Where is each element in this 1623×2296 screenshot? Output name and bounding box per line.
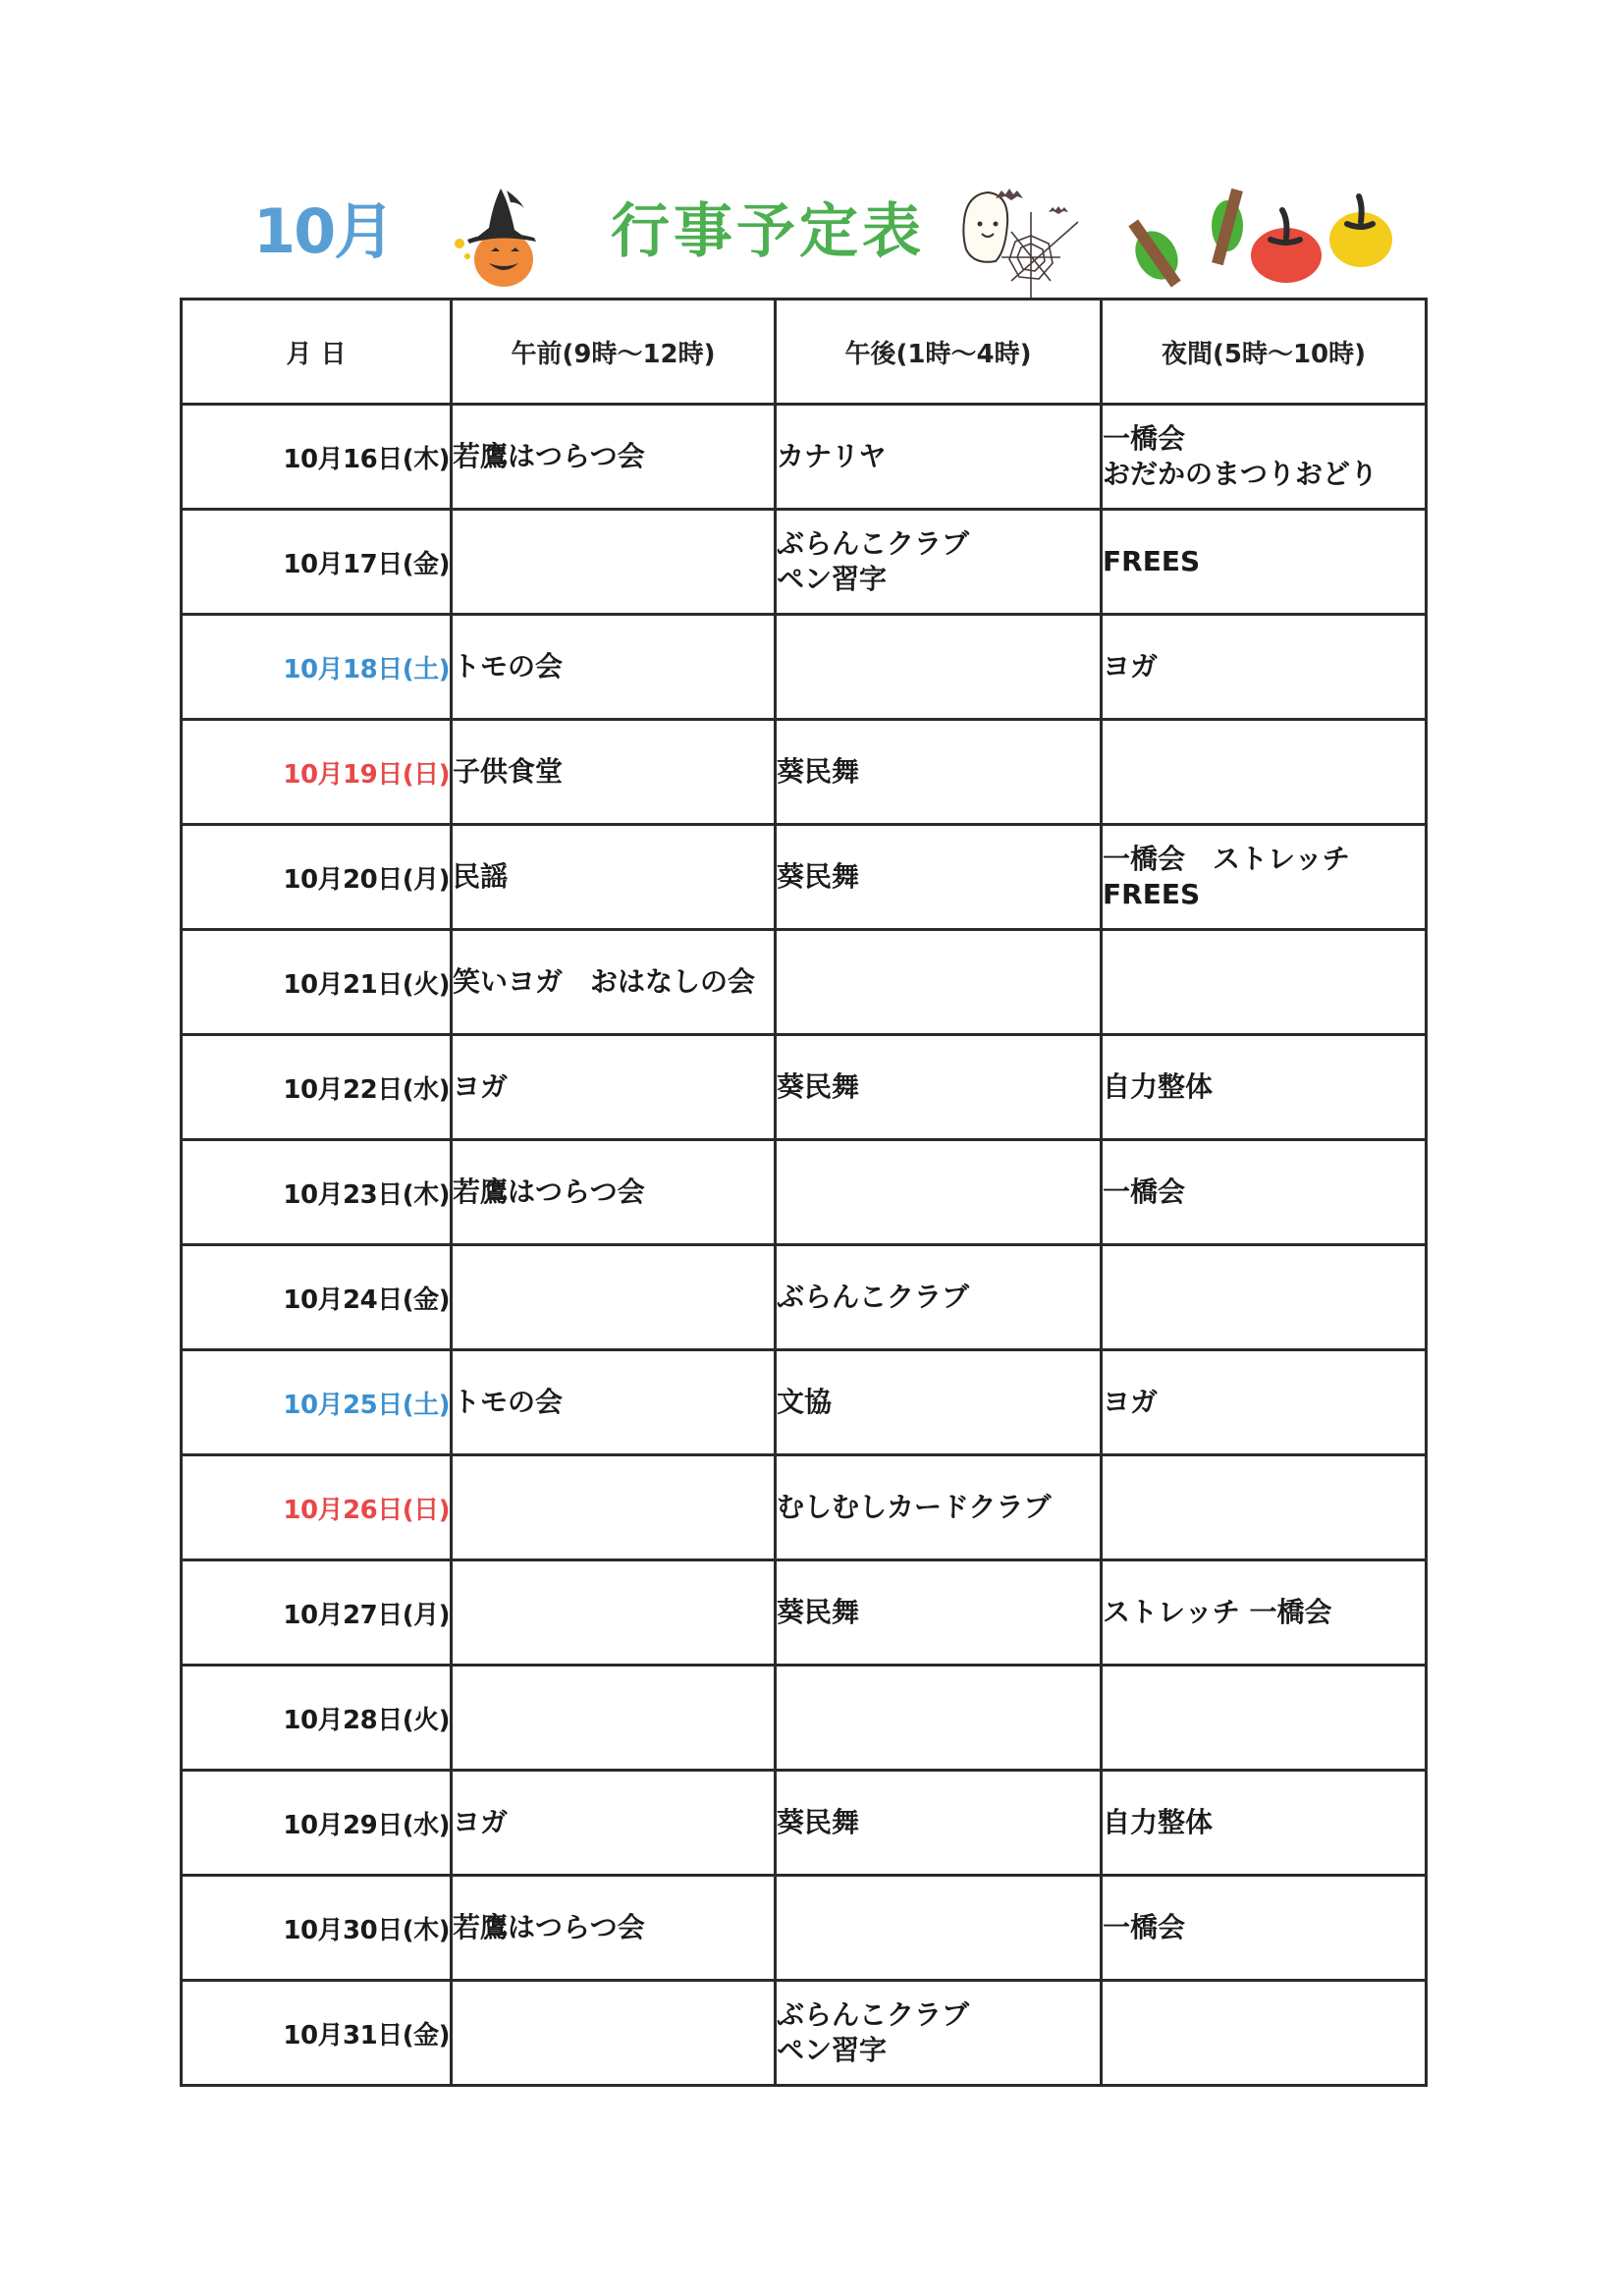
morning-cell: 若鷹はつらつ会 xyxy=(452,1876,776,1981)
table-row: 10月26日(日) むしむしカードクラブ xyxy=(182,1455,1427,1560)
date-cell: 10月21日(火) xyxy=(182,930,452,1035)
date-cell: 10月30日(木) xyxy=(182,1876,452,1981)
date-cell: 10月29日(水) xyxy=(182,1771,452,1876)
table-row: 10月24日(金) ぶらんこクラブ xyxy=(182,1245,1427,1350)
afternoon-cell: 葵民舞 xyxy=(776,720,1102,825)
date-cell: 10月23日(木) xyxy=(182,1140,452,1245)
night-cell xyxy=(1102,720,1427,825)
table-row: 10月18日(土) トモの会 ヨガ xyxy=(182,615,1427,720)
date-cell: 10月19日(日) xyxy=(182,720,452,825)
night-cell xyxy=(1102,1245,1427,1350)
column-header-morning: 午前(9時～12時) xyxy=(452,300,776,405)
date-cell: 10月16日(木) xyxy=(182,405,452,510)
date-cell: 10月22日(水) xyxy=(182,1035,452,1140)
date-cell: 10月28日(火) xyxy=(182,1666,452,1771)
night-cell: 自力整体 xyxy=(1102,1771,1427,1876)
table-row: 10月31日(金) ぶらんこクラブ ペン習字 xyxy=(182,1981,1427,2086)
morning-cell: ヨガ xyxy=(452,1771,776,1876)
afternoon-cell: 葵民舞 xyxy=(776,1035,1102,1140)
night-cell xyxy=(1102,1666,1427,1771)
ghost-spiderweb-bats-icon xyxy=(952,183,1080,299)
night-cell xyxy=(1102,1981,1427,2086)
night-cell: 自力整体 xyxy=(1102,1035,1427,1140)
column-header-date: 月 日 xyxy=(182,300,452,405)
afternoon-cell: 文協 xyxy=(776,1350,1102,1455)
table-row: 10月16日(木) 若鷹はつらつ会 カナリヤ 一橋会 おだかのまつりおどり xyxy=(182,405,1427,510)
schedule-table: 月 日 午前(9時～12時) 午後(1時～4時) 夜間(5時～10時) 10月1… xyxy=(180,298,1428,2087)
date-cell: 10月27日(月) xyxy=(182,1560,452,1666)
afternoon-cell xyxy=(776,930,1102,1035)
leaf-icon xyxy=(1119,214,1188,293)
table-row: 10月17日(金) ぶらんこクラブ ペン習字 FREES xyxy=(182,510,1427,615)
leaf-icon xyxy=(1198,185,1257,273)
morning-cell xyxy=(452,1666,776,1771)
afternoon-cell xyxy=(776,1666,1102,1771)
table-header-row: 月 日 午前(9時～12時) 午後(1時～4時) 夜間(5時～10時) xyxy=(182,300,1427,405)
afternoon-cell: 葵民舞 xyxy=(776,1560,1102,1666)
night-cell: 一橋会 ストレッチ FREES xyxy=(1102,825,1427,930)
table-row: 10月27日(月) 葵民舞 ストレッチ 一橋会 xyxy=(182,1560,1427,1666)
table-row: 10月28日(火) xyxy=(182,1666,1427,1771)
night-cell: ヨガ xyxy=(1102,1350,1427,1455)
morning-cell: ヨガ xyxy=(452,1035,776,1140)
night-cell: ヨガ xyxy=(1102,615,1427,720)
morning-cell xyxy=(452,1560,776,1666)
date-cell: 10月18日(土) xyxy=(182,615,452,720)
morning-cell: トモの会 xyxy=(452,615,776,720)
column-header-night: 夜間(5時～10時) xyxy=(1102,300,1427,405)
morning-cell xyxy=(452,510,776,615)
table-row: 10月29日(水) ヨガ 葵民舞 自力整体 xyxy=(182,1771,1427,1876)
morning-cell: トモの会 xyxy=(452,1350,776,1455)
afternoon-cell: ぶらんこクラブ ペン習字 xyxy=(776,1981,1102,2086)
table-row: 10月25日(土) トモの会 文協 ヨガ xyxy=(182,1350,1427,1455)
night-cell: ストレッチ 一橋会 xyxy=(1102,1560,1427,1666)
morning-cell: 若鷹はつらつ会 xyxy=(452,405,776,510)
morning-cell: 民謡 xyxy=(452,825,776,930)
date-cell: 10月24日(金) xyxy=(182,1245,452,1350)
afternoon-cell xyxy=(776,1876,1102,1981)
date-cell: 10月31日(金) xyxy=(182,1981,452,2086)
red-apple-icon xyxy=(1249,206,1325,285)
afternoon-cell: 葵民舞 xyxy=(776,1771,1102,1876)
morning-cell xyxy=(452,1455,776,1560)
month-title: 10月 xyxy=(253,201,393,262)
afternoon-cell: ぶらんこクラブ ペン習字 xyxy=(776,510,1102,615)
table-row: 10月30日(木) 若鷹はつらつ会 一橋会 xyxy=(182,1876,1427,1981)
afternoon-cell xyxy=(776,1140,1102,1245)
afternoon-cell: カナリヤ xyxy=(776,405,1102,510)
pumpkin-witch-hat-icon xyxy=(450,183,558,289)
date-cell: 10月25日(土) xyxy=(182,1350,452,1455)
date-cell: 10月20日(月) xyxy=(182,825,452,930)
document-title: 行事予定表 xyxy=(611,202,925,261)
date-cell: 10月26日(日) xyxy=(182,1455,452,1560)
table-row: 10月22日(水) ヨガ 葵民舞 自力整体 xyxy=(182,1035,1427,1140)
night-cell: 一橋会 xyxy=(1102,1140,1427,1245)
table-row: 10月21日(火) 笑いヨガ おはなしの会 xyxy=(182,930,1427,1035)
night-cell xyxy=(1102,930,1427,1035)
night-cell xyxy=(1102,1455,1427,1560)
morning-cell: 笑いヨガ おはなしの会 xyxy=(452,930,776,1035)
table-row: 10月23日(木) 若鷹はつらつ会 一橋会 xyxy=(182,1140,1427,1245)
table-row: 10月19日(日) 子供食堂 葵民舞 xyxy=(182,720,1427,825)
morning-cell xyxy=(452,1981,776,2086)
afternoon-cell: 葵民舞 xyxy=(776,825,1102,930)
night-cell: 一橋会 おだかのまつりおどり xyxy=(1102,405,1427,510)
table-row: 10月20日(月) 民謡 葵民舞 一橋会 ストレッチ FREES xyxy=(182,825,1427,930)
afternoon-cell xyxy=(776,615,1102,720)
morning-cell: 子供食堂 xyxy=(452,720,776,825)
date-cell: 10月17日(金) xyxy=(182,510,452,615)
morning-cell xyxy=(452,1245,776,1350)
night-cell: 一橋会 xyxy=(1102,1876,1427,1981)
morning-cell: 若鷹はつらつ会 xyxy=(452,1140,776,1245)
column-header-afternoon: 午後(1時～4時) xyxy=(776,300,1102,405)
afternoon-cell: ぶらんこクラブ xyxy=(776,1245,1102,1350)
yellow-apple-icon xyxy=(1325,192,1396,271)
afternoon-cell: むしむしカードクラブ xyxy=(776,1455,1102,1560)
night-cell: FREES xyxy=(1102,510,1427,615)
